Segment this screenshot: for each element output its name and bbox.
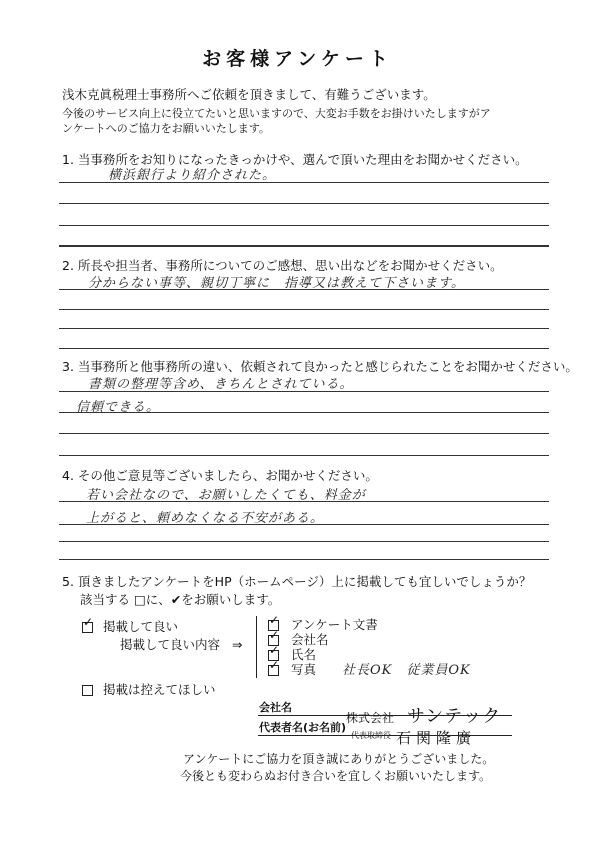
section-divider — [59, 245, 549, 247]
checkbox-publish-decline[interactable] — [82, 685, 93, 696]
check-icon: ✓ — [83, 616, 93, 628]
check-icon: ✓ — [269, 644, 279, 656]
bracket-divider — [256, 616, 257, 678]
question-number: 5. — [62, 574, 74, 589]
answer-3-line-1: 書類の整理等含め、きちんとされている。 — [88, 373, 353, 392]
photo-note: 社長OK 従業員OK — [342, 659, 471, 678]
content-label-text: 掲載して良い内容 — [120, 637, 220, 652]
intro-line-1: 浅木克眞税理士事務所へご依頼を頂きまして、有難うございます。 — [62, 87, 436, 102]
answer-1-line-1: 横浜銀行より紹介された。 — [108, 164, 276, 183]
option-label: 掲載は控えてほしい — [103, 682, 216, 697]
option-publish-decline[interactable]: 掲載は控えてほしい — [82, 680, 216, 698]
answer-line — [59, 455, 549, 456]
intro-line-2: 今後のサービス向上に役立てたいと思いますので、大変お手数をお掛けいたしますがア — [62, 106, 491, 121]
item-label: 写真 — [291, 662, 316, 677]
answer-line — [59, 524, 549, 525]
rep-line — [258, 735, 512, 736]
check-icon: ✓ — [269, 659, 279, 671]
answer-line — [59, 559, 549, 560]
check-icon: ✓ — [269, 629, 279, 641]
publish-content-label: 掲載して良い内容 ⇒ — [120, 635, 242, 653]
answer-line — [59, 501, 549, 502]
closing-line-2: 今後とも変わらぬお付き合いを宜しくお願いいたします。 — [180, 768, 491, 785]
question-number: 1. — [62, 152, 74, 167]
answer-line — [59, 203, 549, 204]
answer-line — [59, 348, 549, 349]
checkbox-publish-ok[interactable]: ✓ — [82, 622, 93, 633]
answer-line — [59, 541, 549, 542]
content-item-photo[interactable]: ✓ 写真 — [268, 660, 316, 678]
check-icon: ✓ — [269, 614, 279, 626]
option-label: 掲載して良い — [103, 619, 178, 634]
answer-line — [59, 309, 549, 310]
answer-line — [59, 328, 549, 329]
question-number: 4. — [62, 468, 74, 483]
answer-line — [59, 391, 549, 392]
intro-line-3: ンケートへのご協力をお願いいたします。 — [62, 121, 270, 136]
company-label: 会社名 — [259, 699, 292, 715]
option-publish-ok[interactable]: ✓ 掲載して良い — [82, 617, 178, 635]
question-text: 頂きましたアンケートをHP（ホームページ）上に掲載しても宜しいでしょうか？ — [78, 574, 531, 589]
company-prefix: 株式会社 — [346, 709, 394, 726]
question-5: 5. 頂きましたアンケートをHP（ホームページ）上に掲載しても宜しいでしょうか？ — [62, 572, 531, 590]
rep-name: 石関隆廣 — [396, 727, 476, 748]
question-text: 当事務所と他事務所の違い、依頼されて良かったと感じられたことをお聞かせください。 — [78, 359, 578, 374]
question-number: 3. — [62, 359, 74, 374]
answer-line — [59, 433, 549, 434]
question-number: 2. — [62, 258, 74, 273]
question-text: その他ご意見等ございましたら、お聞かせください。 — [78, 468, 378, 483]
page-title: お客様アンケート — [0, 44, 595, 71]
company-line — [258, 715, 512, 716]
answer-line — [59, 412, 549, 413]
answer-line — [59, 289, 549, 290]
question-4: 4. その他ご意見等ございましたら、お聞かせください。 — [62, 466, 378, 484]
checkbox[interactable]: ✓ — [268, 665, 279, 676]
answer-line — [59, 182, 549, 183]
arrow-right-icon: ⇒ — [232, 637, 242, 652]
rep-label: 代表者名(お名前) — [259, 719, 346, 735]
q5-instruction: 該当する □に、✔をお願いします。 — [80, 590, 280, 608]
question-text: 所長や担当者、事務所についてのご感想、思い出などをお聞かせください。 — [78, 258, 503, 273]
answer-line — [59, 225, 549, 226]
closing-line-1: アンケートにご協力を頂き誠にありがとうございました。 — [183, 751, 494, 768]
